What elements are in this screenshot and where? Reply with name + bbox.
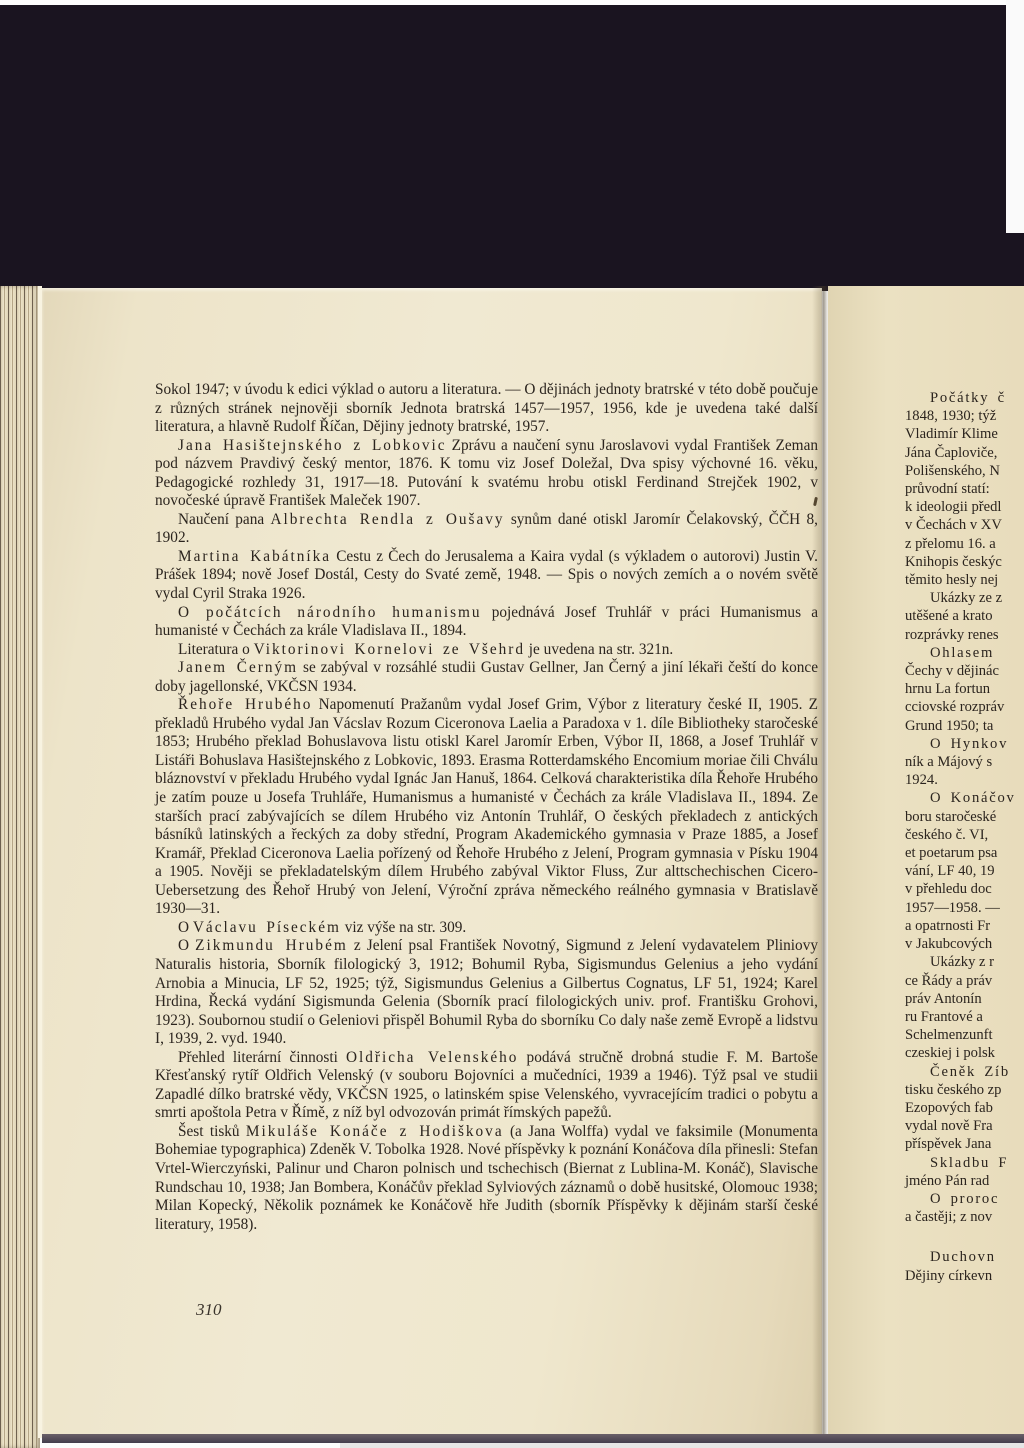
text-line: boru staročeské bbox=[905, 808, 1024, 826]
paragraph: Šest tisků Mikuláše Konáče z Hodiškova (… bbox=[155, 1123, 818, 1234]
text-line: těmito hesly nej bbox=[905, 571, 1024, 589]
text-line: v přehledu doc bbox=[905, 880, 1024, 898]
text-segment: Literatura o bbox=[178, 641, 254, 658]
text-line: jméno Pán rad bbox=[905, 1172, 1024, 1190]
emphasized-name: Jana Hasištejnského z Lobkovic bbox=[178, 437, 447, 454]
text-line: hrnu La fortun bbox=[905, 680, 1024, 698]
text-line: ce Řády a práv bbox=[905, 972, 1024, 990]
paragraph: Naučení pana Albrechta Rendla z Oušavy s… bbox=[155, 511, 818, 548]
text-line: Ukázky ze z bbox=[905, 589, 1024, 607]
text-line: Ezopových fab bbox=[905, 1099, 1024, 1117]
paragraph: Martina Kabátníka Cestu z Čech do Jerusa… bbox=[155, 548, 818, 604]
text-segment: Naučení pana bbox=[178, 511, 270, 528]
text-line: ník a Májový s bbox=[905, 753, 1024, 771]
text-line: Grund 1950; ta bbox=[905, 717, 1024, 735]
paragraph: Literatura o Viktorinovi Kornelovi ze Vš… bbox=[155, 641, 818, 660]
emphasized-name: Martina Kabátníka bbox=[178, 548, 331, 565]
text-line: Čeněk Zíb bbox=[905, 1063, 1024, 1081]
text-line: Knihopis českýc bbox=[905, 553, 1024, 571]
text-line: cciovské rozpráv bbox=[905, 698, 1024, 716]
paragraph: Sokol 1947; v úvodu k edici výklad o aut… bbox=[155, 381, 818, 437]
text-line: czeskiej i polsk bbox=[905, 1044, 1024, 1062]
text-line: českého č. VI, bbox=[905, 826, 1024, 844]
text-segment: viz výše na str. 309. bbox=[341, 919, 466, 936]
text-segment: Napomenutí Pražanům vydal Josef Grim, Vý… bbox=[155, 696, 818, 917]
emphasized-name: O počátcích národního humanismu bbox=[178, 604, 482, 621]
paragraph: O Václavu Píseckém viz výše na str. 309. bbox=[155, 919, 818, 938]
text-line: Čechy v dějinác bbox=[905, 662, 1024, 680]
text-line: 1957—1958. — bbox=[905, 899, 1024, 917]
text-line: vání, LF 40, 19 bbox=[905, 862, 1024, 880]
left-page-text: Sokol 1947; v úvodu k edici výklad o aut… bbox=[155, 381, 818, 1234]
text-line: Dějiny církevn bbox=[905, 1267, 1024, 1285]
text-line: O Konáčov bbox=[905, 789, 1024, 807]
text-segment: Sokol 1947; v úvodu k edici výklad o aut… bbox=[155, 381, 818, 435]
text-line: et poetarum psa bbox=[905, 844, 1024, 862]
emphasized-name: Zikmundu Hrubém bbox=[195, 937, 348, 954]
text-line: Polišenského, N bbox=[905, 462, 1024, 480]
text-segment: O bbox=[178, 937, 195, 954]
bottom-edge-light bbox=[340, 1443, 1024, 1448]
text-line: rozprávky renes bbox=[905, 626, 1024, 644]
text-line: práv Antonín bbox=[905, 990, 1024, 1008]
text-line: v Čechách v XV bbox=[905, 516, 1024, 534]
photo-corner bbox=[1006, 0, 1024, 233]
text-line: Schelmenzunft bbox=[905, 1026, 1024, 1044]
book-photo: Sokol 1947; v úvodu k edici výklad o aut… bbox=[0, 0, 1024, 1448]
text-segment: O bbox=[178, 919, 193, 936]
text-line: Jána Čaploviče, bbox=[905, 444, 1024, 462]
paragraph: Jana Hasištejnského z Lobkovic Zprávu a … bbox=[155, 437, 818, 511]
text-line: O Hynkov bbox=[905, 735, 1024, 753]
paragraph: O počátcích národního humanismu pojednáv… bbox=[155, 604, 818, 641]
text-line: z přelomu 16. a bbox=[905, 535, 1024, 553]
emphasized-name: Viktorinovi Kornelovi ze Všehrd bbox=[254, 641, 525, 658]
page-stack-edges bbox=[0, 286, 40, 1448]
text-line: 1924. bbox=[905, 771, 1024, 789]
dark-background bbox=[0, 5, 1024, 291]
emphasized-name: Mikuláše Konáče z Hodiškova bbox=[246, 1123, 504, 1140]
paragraph: Přehled literární činnosti Oldřicha Vele… bbox=[155, 1049, 818, 1123]
text-line: průvodní statí: bbox=[905, 480, 1024, 498]
page-number: 310 bbox=[196, 1300, 222, 1320]
text-line: ru Frantové a bbox=[905, 1008, 1024, 1026]
emphasized-name: Albrechta Rendla z Oušavy bbox=[270, 511, 504, 528]
text-line: a opatrnosti Fr bbox=[905, 917, 1024, 935]
text-segment: Přehled literární činnosti bbox=[178, 1049, 346, 1066]
text-line: Ukázky z r bbox=[905, 953, 1024, 971]
text-segment: Šest tisků bbox=[178, 1123, 246, 1140]
text-line: Ohlasem bbox=[905, 644, 1024, 662]
paragraph: O Zikmundu Hrubém z Jelení psal Františe… bbox=[155, 937, 818, 1048]
text-line: v Jakubcových bbox=[905, 935, 1024, 953]
emphasized-name: Janem Černým bbox=[178, 659, 298, 676]
text-line: Počátky č bbox=[905, 389, 1024, 407]
bottom-edge-shadow bbox=[42, 1434, 1024, 1443]
text-line: utěšené a krato bbox=[905, 607, 1024, 625]
text-line: vydal nově Fra bbox=[905, 1117, 1024, 1135]
text-segment: je uvedena na str. 321n. bbox=[525, 641, 673, 658]
text-line: tisku českého zp bbox=[905, 1081, 1024, 1099]
text-line: Duchovn bbox=[905, 1248, 1024, 1266]
text-line: 1848, 1930; týž bbox=[905, 407, 1024, 425]
text-line: Skladbu F bbox=[905, 1154, 1024, 1172]
emphasized-name: Václavu Píseckém bbox=[193, 919, 341, 936]
emphasized-name: Řehoře Hrubého bbox=[178, 696, 312, 713]
paragraph: Janem Černým se zabýval v rozsáhlé studi… bbox=[155, 659, 818, 696]
right-page-text: Počátky č1848, 1930; týžVladimír KlimeJá… bbox=[905, 389, 1024, 1285]
paragraph: Řehoře Hrubého Napomenutí Pražanům vydal… bbox=[155, 696, 818, 919]
emphasized-name: Oldřicha Velenského bbox=[346, 1049, 518, 1066]
text-line: O proroc bbox=[905, 1190, 1024, 1208]
text-line: Vladimír Klime bbox=[905, 425, 1024, 443]
text-line: k ideologii předl bbox=[905, 498, 1024, 516]
text-line: a častěji; z nov bbox=[905, 1208, 1024, 1226]
text-line: příspěvek Jana bbox=[905, 1135, 1024, 1153]
